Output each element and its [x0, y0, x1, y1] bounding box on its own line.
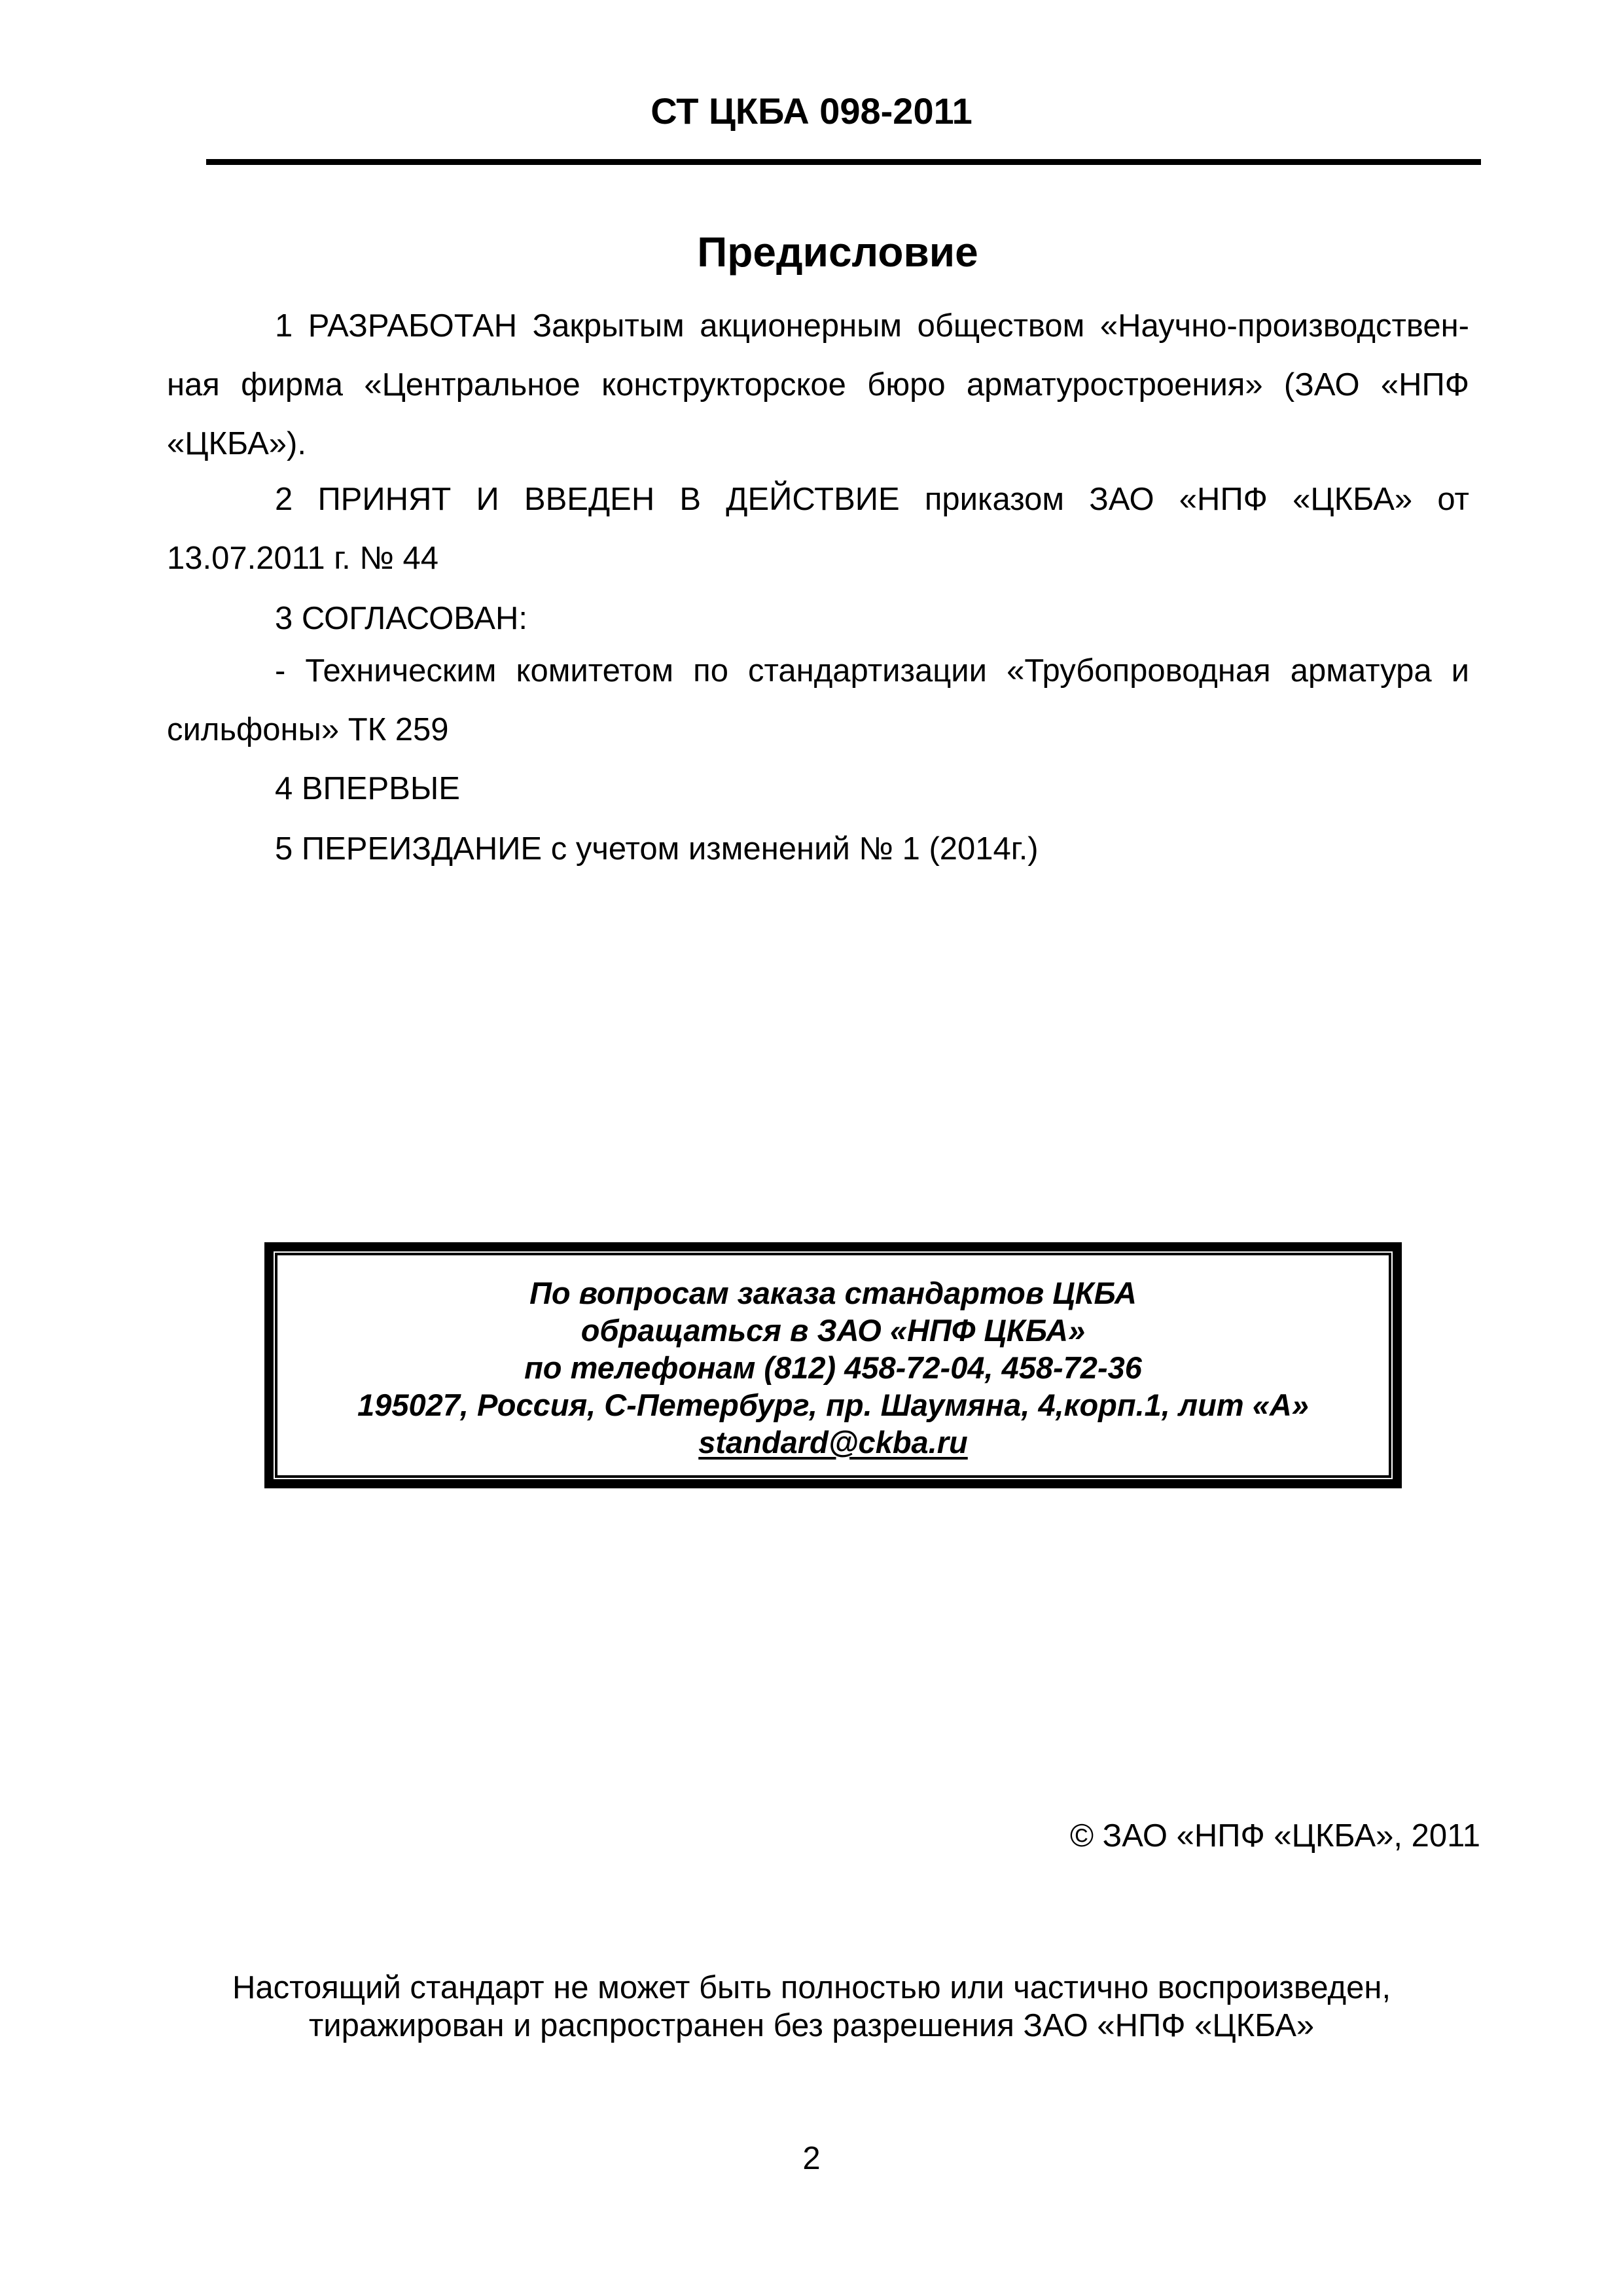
preface-item-2-line-2: 13.07.2011 г. № 44	[167, 529, 1469, 588]
preface-item-2-line-1: 2 ПРИНЯТ И ВВЕДЕН В ДЕЙСТВИЕ приказом ЗА…	[167, 470, 1469, 529]
preface-title: Предисловие	[687, 226, 988, 278]
preface-item-3-line-1: 3 СОГЛАСОВАН:	[167, 589, 1469, 648]
preface-item-3-committee-line-2: сильфоны» ТК 259	[167, 700, 1469, 759]
contact-line-phones: по телефонам (812) 458-72-04, 458-72-36	[524, 1349, 1142, 1386]
contact-line-organization: обращаться в ЗАО «НПФ ЦКБА»	[581, 1312, 1086, 1349]
preface-item-1-line-1: 1 РАЗРАБОТАН Закрытым акционерным общест…	[167, 296, 1469, 355]
preface-item-5: 5 ПЕРЕИЗДАНИЕ с учетом изменений № 1 (20…	[167, 819, 1469, 878]
preface-item-4: 4 ВПЕРВЫЕ	[167, 759, 1469, 818]
header-divider	[206, 159, 1481, 165]
contact-line-orders: По вопросам заказа стандартов ЦКБА	[529, 1274, 1137, 1312]
preface-item-5-line-1: 5 ПЕРЕИЗДАНИЕ с учетом изменений № 1 (20…	[167, 819, 1469, 878]
contact-info-inner-frame: По вопросам заказа стандартов ЦКБА обращ…	[275, 1253, 1391, 1478]
reproduction-disclaimer: Настоящий стандарт не может быть полност…	[0, 1969, 1623, 2045]
preface-item-3-committee-line-1: - Техническим комитетом по стандартизаци…	[167, 641, 1469, 700]
preface-item-1-line-2: ная фирма «Центральное конструкторское б…	[167, 355, 1469, 414]
page-number: 2	[0, 2139, 1623, 2178]
preface-item-1-line-3: «ЦКБА»).	[167, 414, 1469, 473]
disclaimer-line-2: тиражирован и распространен без разрешен…	[0, 2007, 1623, 2045]
preface-item-2: 2 ПРИНЯТ И ВВЕДЕН В ДЕЙСТВИЕ приказом ЗА…	[167, 470, 1469, 588]
disclaimer-line-1: Настоящий стандарт не может быть полност…	[0, 1969, 1623, 2007]
contact-line-address: 195027, Россия, С-Петербург, пр. Шаумяна…	[357, 1386, 1309, 1424]
copyright-notice: © ЗАО «НПФ «ЦКБА», 2011	[1070, 1816, 1480, 1856]
preface-item-1: 1 РАЗРАБОТАН Закрытым акционерным общест…	[167, 296, 1469, 473]
preface-item-3-committee: - Техническим комитетом по стандартизаци…	[167, 641, 1469, 759]
preface-item-3: 3 СОГЛАСОВАН:	[167, 589, 1469, 648]
document-code-header: СТ ЦКБА 098-2011	[0, 88, 1623, 134]
contact-info-box: По вопросам заказа стандартов ЦКБА обращ…	[264, 1242, 1402, 1488]
preface-item-4-line-1: 4 ВПЕРВЫЕ	[167, 759, 1469, 818]
contact-email-link[interactable]: standard@ckba.ru	[698, 1425, 968, 1460]
